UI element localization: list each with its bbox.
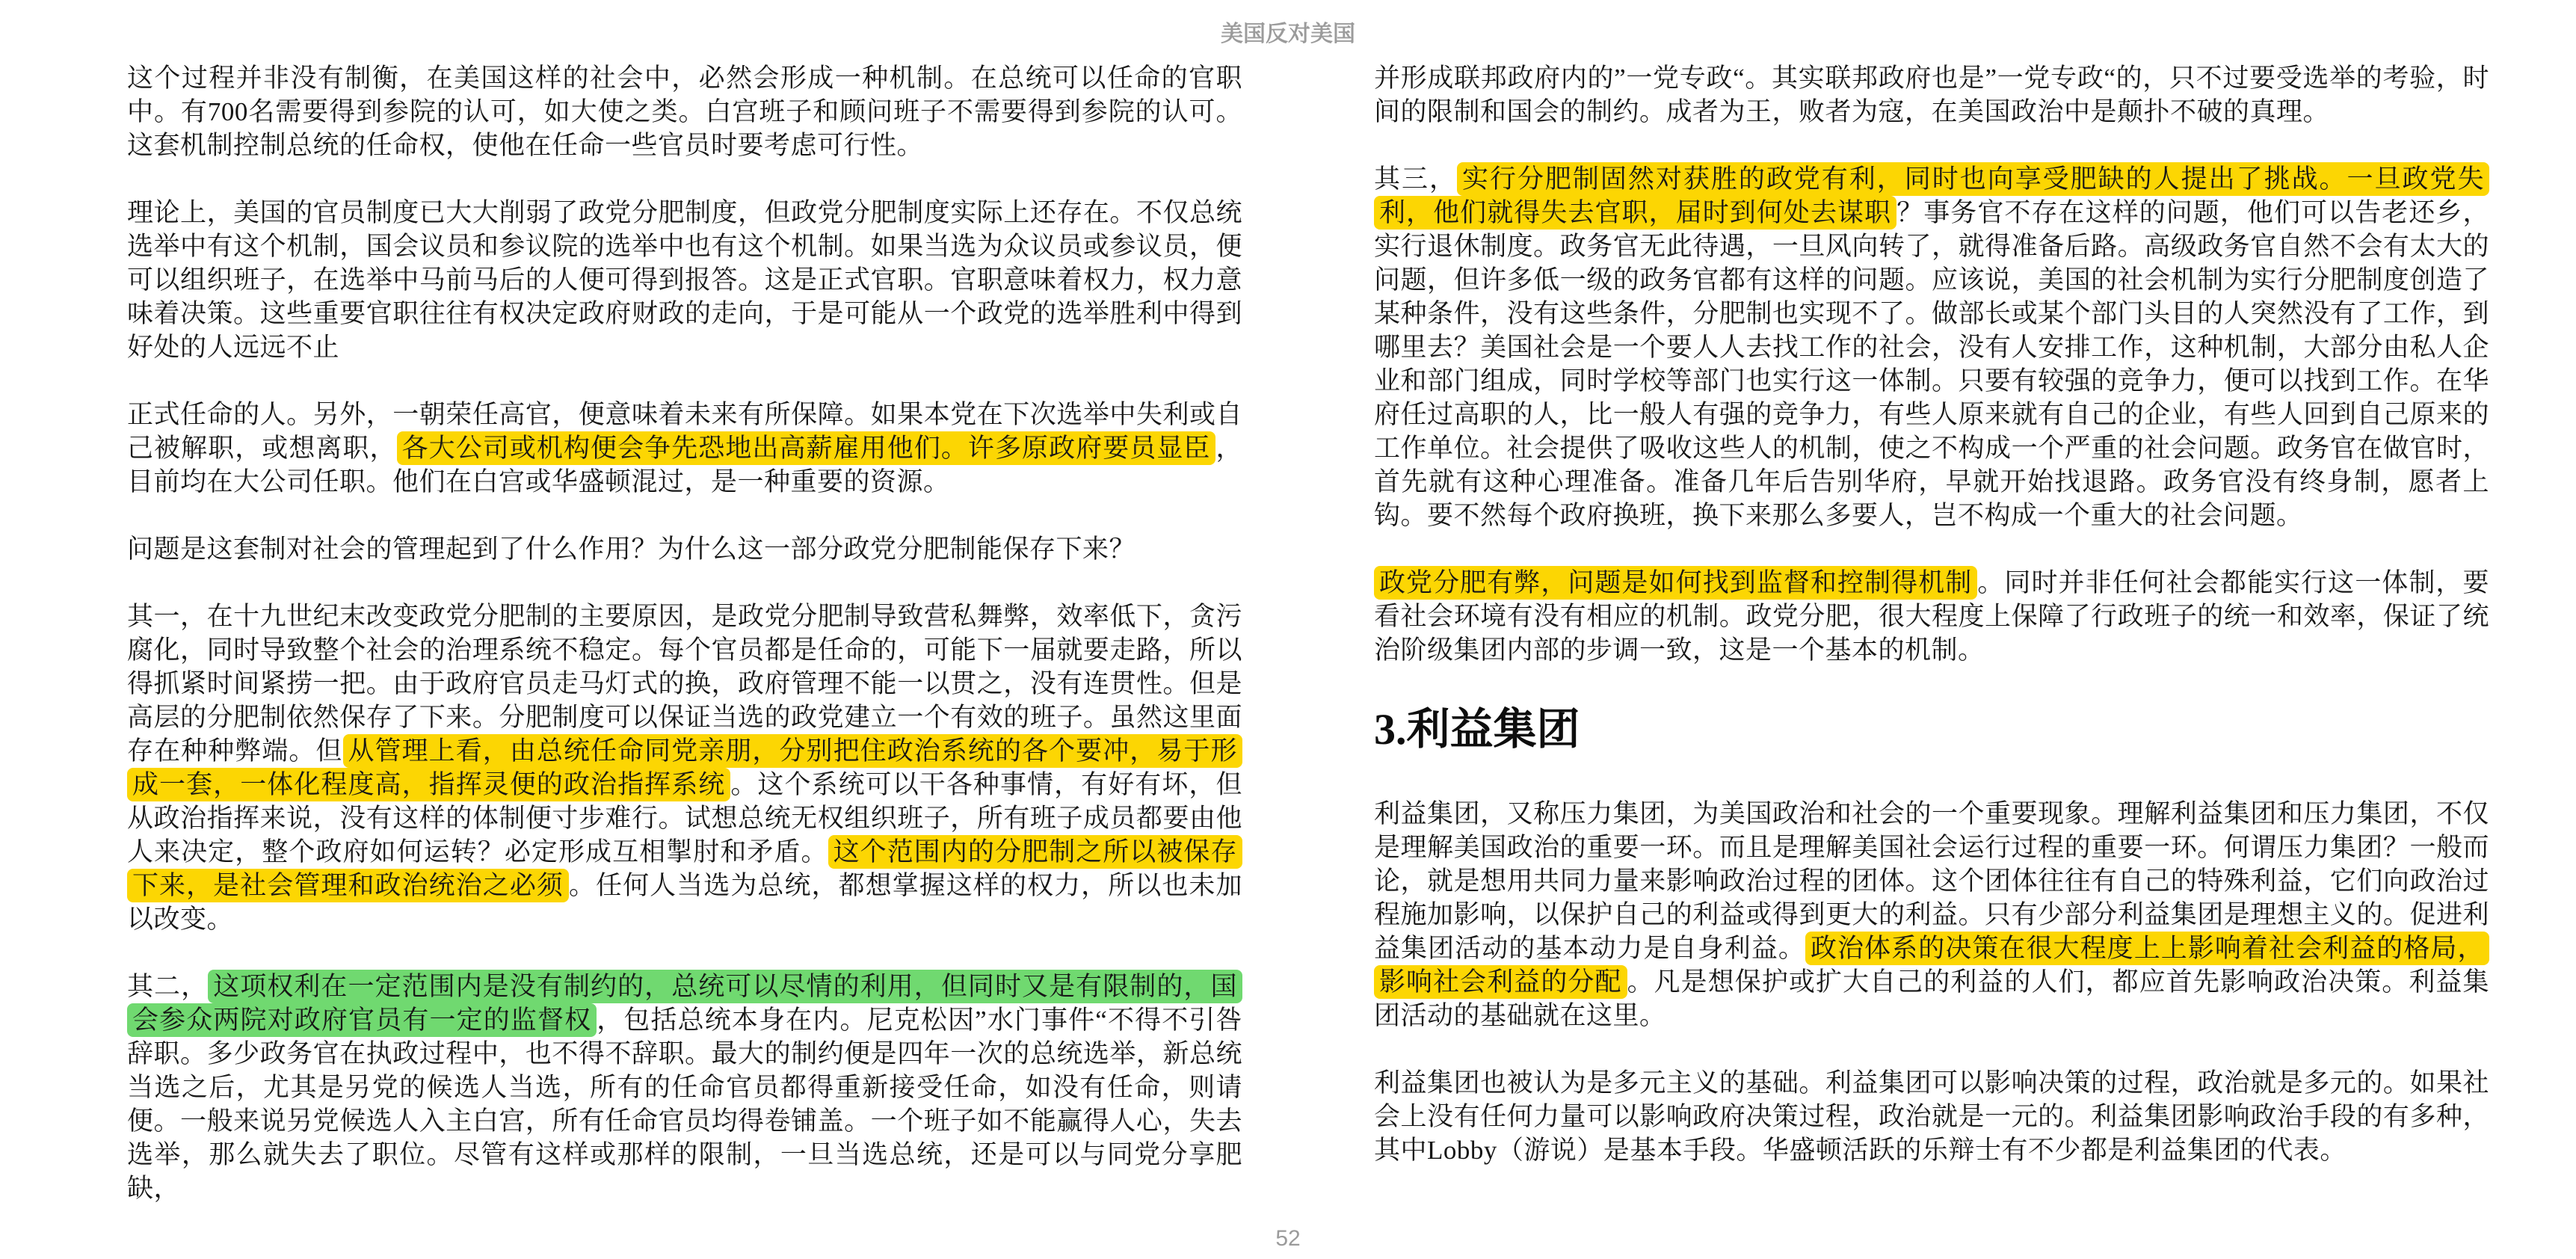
text-run: 其二， (127, 972, 208, 1001)
highlight-yellow[interactable]: 各大公司或机构便会争先恐地出高薪雇用他们。许多原政府要员显臣 (397, 431, 1216, 465)
section-heading: 3.利益集团 (1374, 706, 2489, 754)
paragraph: 这个过程并非没有制衡，在美国这样的社会中，必然会形成一种机制。在总统可以任命的官… (127, 61, 1242, 162)
text-run: 这个过程并非没有制衡，在美国这样的社会中，必然会形成一种机制。在总统可以任命的官… (127, 64, 1242, 160)
text-run: 理论上，美国的官员制度已大大削弱了政党分肥制度，但政党分肥制度实际上还存在。不仅… (127, 198, 1242, 362)
page-number: 52 (0, 1226, 2576, 1252)
paragraph: 利益集团也被认为是多元主义的基础。利益集团可以影响决策的过程，政治就是多元的。如… (1374, 1066, 2489, 1167)
left-column: 这个过程并非没有制衡，在美国这样的社会中，必然会形成一种机制。在总统可以任命的官… (127, 61, 1242, 1239)
paragraph: 并形成联邦政府内的”一党专政“。其实联邦政府也是”一党专政“的，只不过要受选举的… (1374, 61, 2489, 129)
book-title: 美国反对美国 (0, 15, 2576, 48)
paragraph: 理论上，美国的官员制度已大大削弱了政党分肥制度，但政党分肥制度实际上还存在。不仅… (127, 196, 1242, 364)
text-run: 其三， (1374, 164, 1457, 194)
paragraph: 其三，实行分肥制固然对获胜的政党有利，同时也向享受肥缺的人提出了挑战。一旦政党失… (1374, 162, 2489, 532)
paragraph: 问题是这套制对社会的管理起到了什么作用？为什么这一部分政党分肥制能保存下来？ (127, 532, 1242, 566)
paragraph: 利益集团，又称压力集团，为美国政治和社会的一个重要现象。理解利益集团和压力集团，… (1374, 797, 2489, 1032)
paragraph: 正式任命的人。另外，一朝荣任高官，便意味着未来有所保障。如果本党在下次选举中失利… (127, 398, 1242, 499)
text-run: ？事务官不存在这样的问题，他们可以告老还乡，实行退休制度。政务官无此待遇，一旦风… (1374, 198, 2489, 530)
paragraph: 其一，在十九世纪末改变政党分肥制的主要原因，是政党分肥制导致营私舞弊，效率低下，… (127, 600, 1242, 936)
book-page: 美国反对美国 这个过程并非没有制衡，在美国这样的社会中，必然会形成一种机制。在总… (0, 0, 2576, 1259)
highlight-yellow[interactable]: 政党分肥有弊，问题是如何找到监督和控制得机制 (1374, 566, 1977, 600)
paragraph: 政党分肥有弊，问题是如何找到监督和控制得机制。同时并非任何社会都能实行这一体制，… (1374, 566, 2489, 667)
text-run: 问题是这套制对社会的管理起到了什么作用？为什么这一部分政党分肥制能保存下来？ (127, 535, 1136, 564)
paragraph: 其二，这项权利在一定范围内是没有制约的，总统可以尽情的利用，但同时又是有限制的，… (127, 970, 1242, 1205)
text-run: 并形成联邦政府内的”一党专政“。其实联邦政府也是”一党专政“的，只不过要受选举的… (1374, 64, 2489, 126)
text-run: 利益集团也被认为是多元主义的基础。利益集团可以影响决策的过程，政治就是多元的。如… (1374, 1068, 2489, 1165)
page-columns: 这个过程并非没有制衡，在美国这样的社会中，必然会形成一种机制。在总统可以任命的官… (127, 61, 2489, 1239)
right-column: 并形成联邦政府内的”一党专政“。其实联邦政府也是”一党专政“的，只不过要受选举的… (1374, 61, 2489, 1201)
